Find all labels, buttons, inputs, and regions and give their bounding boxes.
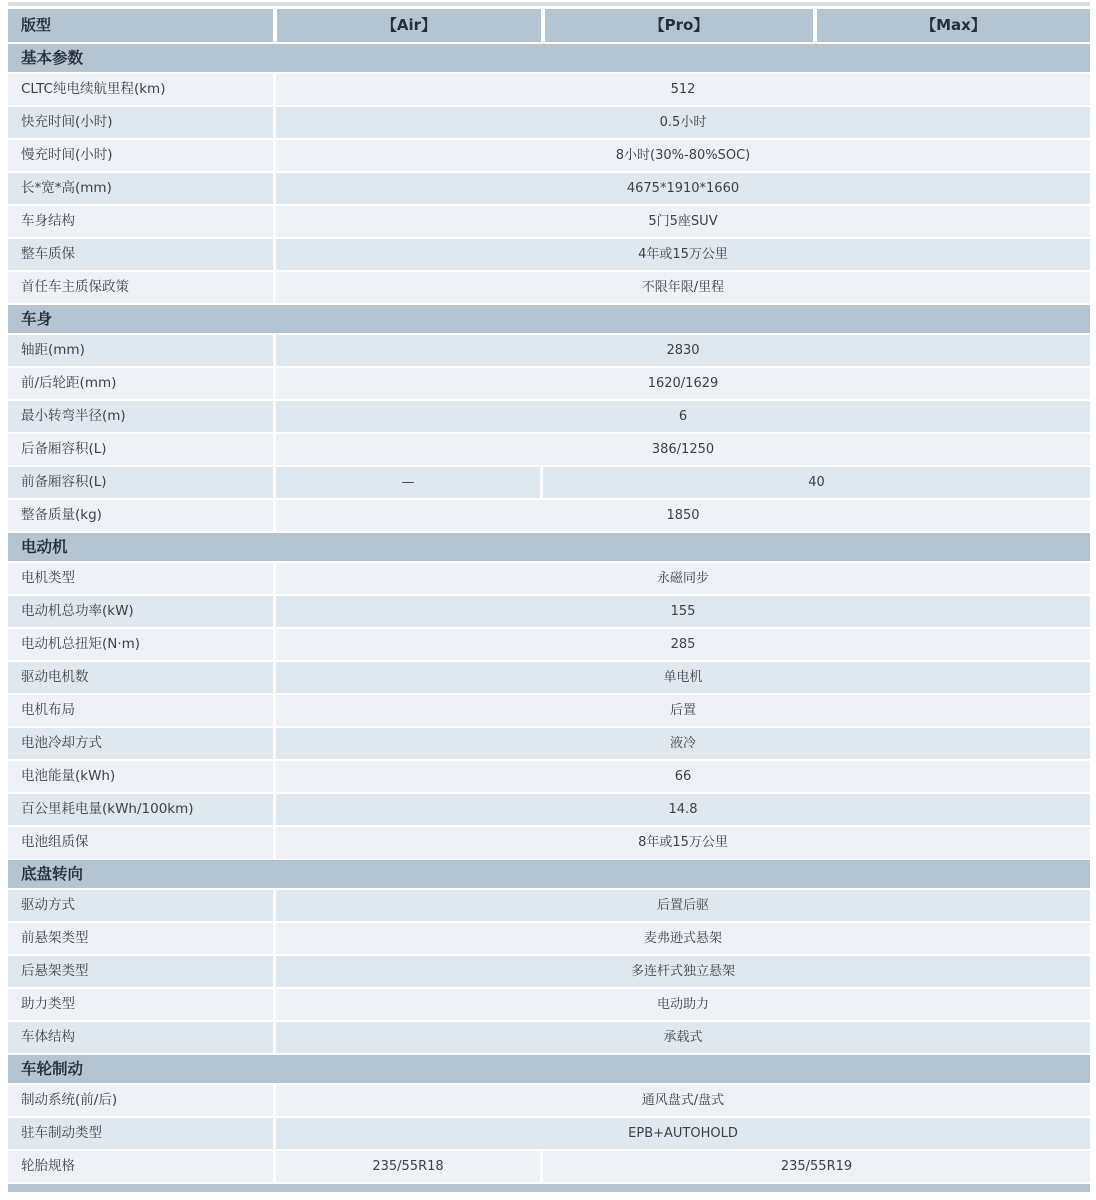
spec-row: 前悬架类型麦弗逊式悬架 (8, 923, 1090, 954)
spec-value: 麦弗逊式悬架 (276, 923, 1090, 954)
spec-row: 电机布局后置 (8, 695, 1090, 726)
table-header-row: 版型 【Air】 【Pro】 【Max】 (8, 9, 1090, 42)
spec-values: 0.5小时 (276, 107, 1090, 138)
cropped-row-above (8, 2, 1090, 6)
spec-label: 电池组质保 (8, 827, 273, 858)
spec-values: EPB+AUTOHOLD (276, 1118, 1090, 1149)
spec-value: 电动助力 (276, 989, 1090, 1020)
spec-values: 66 (276, 761, 1090, 792)
spec-label: 驻车制动类型 (8, 1118, 273, 1149)
spec-values: 5门5座SUV (276, 206, 1090, 237)
spec-values: 1620/1629 (276, 368, 1090, 399)
spec-value: 285 (276, 629, 1090, 660)
spec-value: 14.8 (276, 794, 1090, 825)
spec-row: 轴距(mm)2830 (8, 335, 1090, 366)
spec-label: 最小转弯半径(m) (8, 401, 273, 432)
spec-value: 5门5座SUV (276, 206, 1090, 237)
spec-row: 制动系统(前/后)通风盘式/盘式 (8, 1085, 1090, 1116)
spec-values: 后置后驱 (276, 890, 1090, 921)
spec-value-promax: 40 (543, 467, 1090, 498)
spec-label: 轮胎规格 (8, 1151, 273, 1182)
spec-values: 8小时(30%-80%SOC) (276, 140, 1090, 171)
spec-values: 386/1250 (276, 434, 1090, 465)
section-header: 底盘转向 (8, 860, 1090, 888)
spec-row: 百公里耗电量(kWh/100km)14.8 (8, 794, 1090, 825)
spec-value-air: 235/55R18 (276, 1151, 540, 1182)
section-header: 车轮制动 (8, 1055, 1090, 1083)
spec-row: 后备厢容积(L)386/1250 (8, 434, 1090, 465)
spec-label: 电池冷却方式 (8, 728, 273, 759)
spec-label: 轴距(mm) (8, 335, 273, 366)
spec-row: 整车质保4年或15万公里 (8, 239, 1090, 270)
spec-row: 快充时间(小时)0.5小时 (8, 107, 1090, 138)
spec-value: 1850 (276, 500, 1090, 531)
spec-value: 4675*1910*1660 (276, 173, 1090, 204)
spec-label: 助力类型 (8, 989, 273, 1020)
spec-label: 整备质量(kg) (8, 500, 273, 531)
spec-label: 前备厢容积(L) (8, 467, 273, 498)
spec-value: 后置后驱 (276, 890, 1090, 921)
spec-value: 386/1250 (276, 434, 1090, 465)
spec-label: 电池能量(kWh) (8, 761, 273, 792)
spec-value: 多连杆式独立悬架 (276, 956, 1090, 987)
spec-value: 8年或15万公里 (276, 827, 1090, 858)
spec-label: 电动机总功率(kW) (8, 596, 273, 627)
spec-label: 驱动方式 (8, 890, 273, 921)
spec-values: 永磁同步 (276, 563, 1090, 594)
spec-value-promax: 235/55R19 (543, 1151, 1090, 1182)
spec-value: 液冷 (276, 728, 1090, 759)
spec-label: 电机类型 (8, 563, 273, 594)
spec-values: 155 (276, 596, 1090, 627)
spec-row: 电动机总扭矩(N·m)285 (8, 629, 1090, 660)
spec-value: 承载式 (276, 1022, 1090, 1053)
spec-value: 155 (276, 596, 1090, 627)
spec-row: 车体结构承载式 (8, 1022, 1090, 1053)
spec-values: 4年或15万公里 (276, 239, 1090, 270)
section-header: 基本参数 (8, 44, 1090, 72)
spec-label: 快充时间(小时) (8, 107, 273, 138)
spec-row: CLTC纯电续航里程(km)512 (8, 74, 1090, 105)
spec-label: 车体结构 (8, 1022, 273, 1053)
spec-label: 驱动电机数 (8, 662, 273, 693)
column-header-pro: 【Pro】 (545, 9, 813, 42)
vehicle-spec-table: 版型 【Air】 【Pro】 【Max】 基本参数CLTC纯电续航里程(km)5… (8, 9, 1090, 1192)
spec-values: 1850 (276, 500, 1090, 531)
spec-label: 百公里耗电量(kWh/100km) (8, 794, 273, 825)
spec-values: 2830 (276, 335, 1090, 366)
column-header-max: 【Max】 (817, 9, 1090, 42)
spec-value: 66 (276, 761, 1090, 792)
section-header: 电动机 (8, 533, 1090, 561)
spec-row: 后悬架类型多连杆式独立悬架 (8, 956, 1090, 987)
spec-values: 4675*1910*1660 (276, 173, 1090, 204)
spec-row: 车身结构5门5座SUV (8, 206, 1090, 237)
spec-row: 长*宽*高(mm)4675*1910*1660 (8, 173, 1090, 204)
spec-values: 通风盘式/盘式 (276, 1085, 1090, 1116)
spec-values: 14.8 (276, 794, 1090, 825)
spec-label: 长*宽*高(mm) (8, 173, 273, 204)
spec-values: 不限年限/里程 (276, 272, 1090, 303)
spec-values: —40 (276, 467, 1090, 498)
spec-values: 麦弗逊式悬架 (276, 923, 1090, 954)
spec-values: 后置 (276, 695, 1090, 726)
spec-row: 驱动方式后置后驱 (8, 890, 1090, 921)
spec-row: 驻车制动类型EPB+AUTOHOLD (8, 1118, 1090, 1149)
spec-value: EPB+AUTOHOLD (276, 1118, 1090, 1149)
spec-value: 后置 (276, 695, 1090, 726)
spec-values: 多连杆式独立悬架 (276, 956, 1090, 987)
spec-value-air: — (276, 467, 540, 498)
spec-row: 驱动电机数单电机 (8, 662, 1090, 693)
spec-label: 前/后轮距(mm) (8, 368, 273, 399)
spec-row: 前备厢容积(L)—40 (8, 467, 1090, 498)
spec-value: 1620/1629 (276, 368, 1090, 399)
spec-row: 轮胎规格235/55R18235/55R19 (8, 1151, 1090, 1182)
section-header: 车身 (8, 305, 1090, 333)
spec-row: 助力类型电动助力 (8, 989, 1090, 1020)
spec-value: 0.5小时 (276, 107, 1090, 138)
spec-values: 285 (276, 629, 1090, 660)
column-header-air: 【Air】 (277, 9, 541, 42)
spec-row: 慢充时间(小时)8小时(30%-80%SOC) (8, 140, 1090, 171)
spec-values: 6 (276, 401, 1090, 432)
spec-value: 4年或15万公里 (276, 239, 1090, 270)
spec-row: 前/后轮距(mm)1620/1629 (8, 368, 1090, 399)
spec-values: 512 (276, 74, 1090, 105)
spec-label: 后悬架类型 (8, 956, 273, 987)
spec-label: 车身结构 (8, 206, 273, 237)
spec-label: 制动系统(前/后) (8, 1085, 273, 1116)
spec-values: 单电机 (276, 662, 1090, 693)
spec-label: 慢充时间(小时) (8, 140, 273, 171)
spec-value: 永磁同步 (276, 563, 1090, 594)
table-body: 基本参数CLTC纯电续航里程(km)512快充时间(小时)0.5小时慢充时间(小… (8, 44, 1090, 1182)
spec-values: 8年或15万公里 (276, 827, 1090, 858)
spec-value: 2830 (276, 335, 1090, 366)
spec-row: 最小转弯半径(m)6 (8, 401, 1090, 432)
spec-row: 电池能量(kWh)66 (8, 761, 1090, 792)
spec-value: 不限年限/里程 (276, 272, 1090, 303)
spec-value: 8小时(30%-80%SOC) (276, 140, 1090, 171)
header-version-label: 版型 (8, 9, 273, 42)
spec-table-page: 版型 【Air】 【Pro】 【Max】 基本参数CLTC纯电续航里程(km)5… (0, 2, 1096, 1200)
spec-values: 235/55R18235/55R19 (276, 1151, 1090, 1182)
spec-label: 前悬架类型 (8, 923, 273, 954)
spec-values: 液冷 (276, 728, 1090, 759)
spec-value: 6 (276, 401, 1090, 432)
spec-row: 电机类型永磁同步 (8, 563, 1090, 594)
spec-label: 电机布局 (8, 695, 273, 726)
spec-label: 首任车主质保政策 (8, 272, 273, 303)
cropped-section-band (8, 1184, 1090, 1192)
spec-row: 首任车主质保政策不限年限/里程 (8, 272, 1090, 303)
spec-value: 512 (276, 74, 1090, 105)
spec-value: 单电机 (276, 662, 1090, 693)
spec-values: 承载式 (276, 1022, 1090, 1053)
spec-row: 电池冷却方式液冷 (8, 728, 1090, 759)
spec-label: 后备厢容积(L) (8, 434, 273, 465)
spec-values: 电动助力 (276, 989, 1090, 1020)
spec-row: 电动机总功率(kW)155 (8, 596, 1090, 627)
spec-label: 整车质保 (8, 239, 273, 270)
spec-label: CLTC纯电续航里程(km) (8, 74, 273, 105)
spec-label: 电动机总扭矩(N·m) (8, 629, 273, 660)
spec-row: 电池组质保8年或15万公里 (8, 827, 1090, 858)
spec-row: 整备质量(kg)1850 (8, 500, 1090, 531)
spec-value: 通风盘式/盘式 (276, 1085, 1090, 1116)
